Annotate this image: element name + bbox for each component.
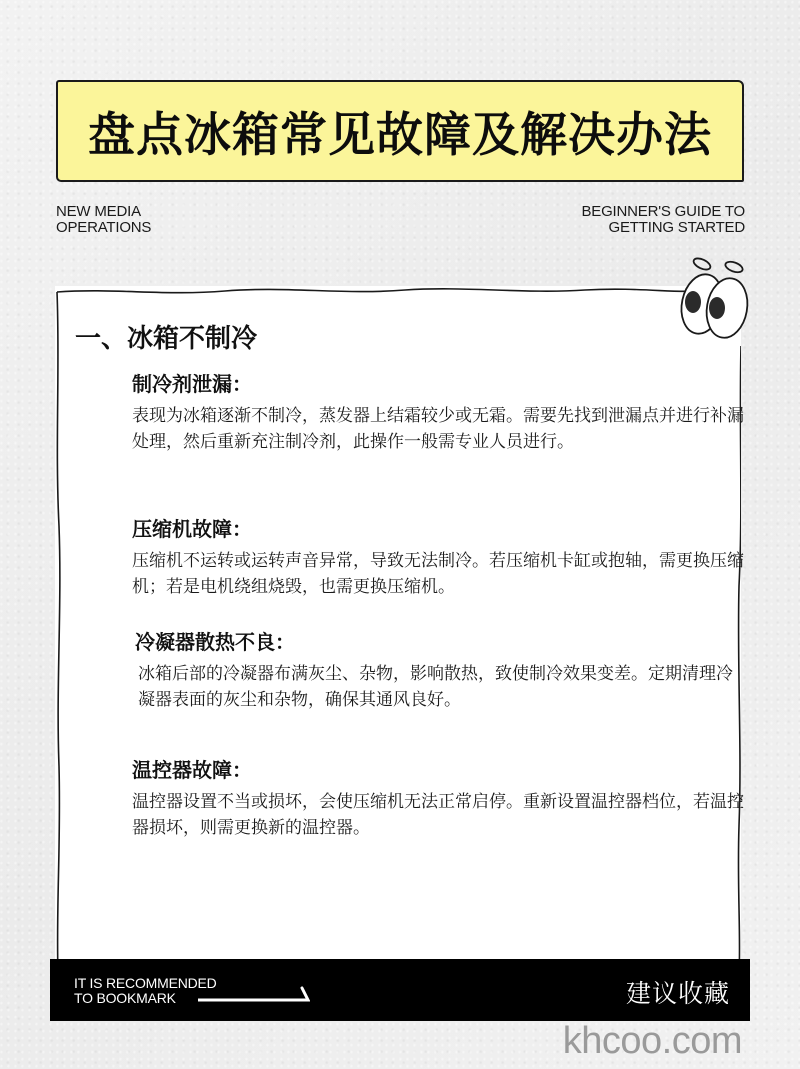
subheader-right-line-1: BEGINNER'S GUIDE TO <box>581 204 745 220</box>
fault-item-body: 冰箱后部的冷凝器布满灰尘、杂物，影响散热，致使制冷效果变差。定期清理冷凝器表面的… <box>135 661 747 713</box>
fault-item-body: 表现为冰箱逐渐不制冷，蒸发器上结霜较少或无霜。需要先找到泄漏点并进行补漏处理，然… <box>132 403 744 455</box>
fault-item-title: 压缩机故障： <box>132 513 744 542</box>
fault-item-refrigerant-leak: 制冷剂泄漏： 表现为冰箱逐渐不制冷，蒸发器上结霜较少或无霜。需要先找到泄漏点并进… <box>132 368 744 455</box>
fault-item-compressor: 压缩机故障： 压缩机不运转或运转声音异常，导致无法制冷。若压缩机卡缸或抱轴，需更… <box>132 513 744 600</box>
fault-item-condenser: 冷凝器散热不良： 冰箱后部的冷凝器布满灰尘、杂物，影响散热，致使制冷效果变差。定… <box>135 626 747 713</box>
fault-item-title: 制冷剂泄漏： <box>132 368 744 397</box>
subheader-left: NEW MEDIA OPERATIONS <box>56 204 151 236</box>
watermark: khcoo.com <box>563 1020 742 1063</box>
title-banner: 盘点冰箱常见故障及解决办法 <box>56 80 744 182</box>
fault-item-thermostat: 温控器故障： 温控器设置不当或损坏，会使压缩机无法正常启停。重新设置温控器档位，… <box>132 754 744 841</box>
footer-left-line-2: TO BOOKMARK <box>74 991 217 1006</box>
subheader-right-line-2: GETTING STARTED <box>581 220 745 236</box>
fault-item-body: 压缩机不运转或运转声音异常，导致无法制冷。若压缩机卡缸或抱轴，需更换压缩机；若是… <box>132 548 744 600</box>
bookmark-label: 建议收藏 <box>626 974 730 1010</box>
cartoon-eyes-icon <box>672 252 762 342</box>
arrow-right-line-icon <box>198 981 310 1005</box>
subheader-right: BEGINNER'S GUIDE TO GETTING STARTED <box>581 204 745 236</box>
fault-item-title: 温控器故障： <box>132 754 744 783</box>
footer-left-line-1: IT IS RECOMMENDED <box>74 976 217 991</box>
section-title: 一、冰箱不制冷 <box>75 318 257 355</box>
subheader-left-line-1: NEW MEDIA <box>56 204 151 220</box>
footer-bar: IT IS RECOMMENDED TO BOOKMARK 建议收藏 <box>50 959 750 1021</box>
page-title: 盘点冰箱常见故障及解决办法 <box>88 98 712 165</box>
fault-item-body: 温控器设置不当或损坏，会使压缩机无法正常启停。重新设置温控器档位，若温控器损坏，… <box>132 789 744 841</box>
fault-item-title: 冷凝器散热不良： <box>135 626 747 655</box>
footer-bookmark-hint: IT IS RECOMMENDED TO BOOKMARK <box>74 976 217 1006</box>
subheader-left-line-2: OPERATIONS <box>56 220 151 236</box>
